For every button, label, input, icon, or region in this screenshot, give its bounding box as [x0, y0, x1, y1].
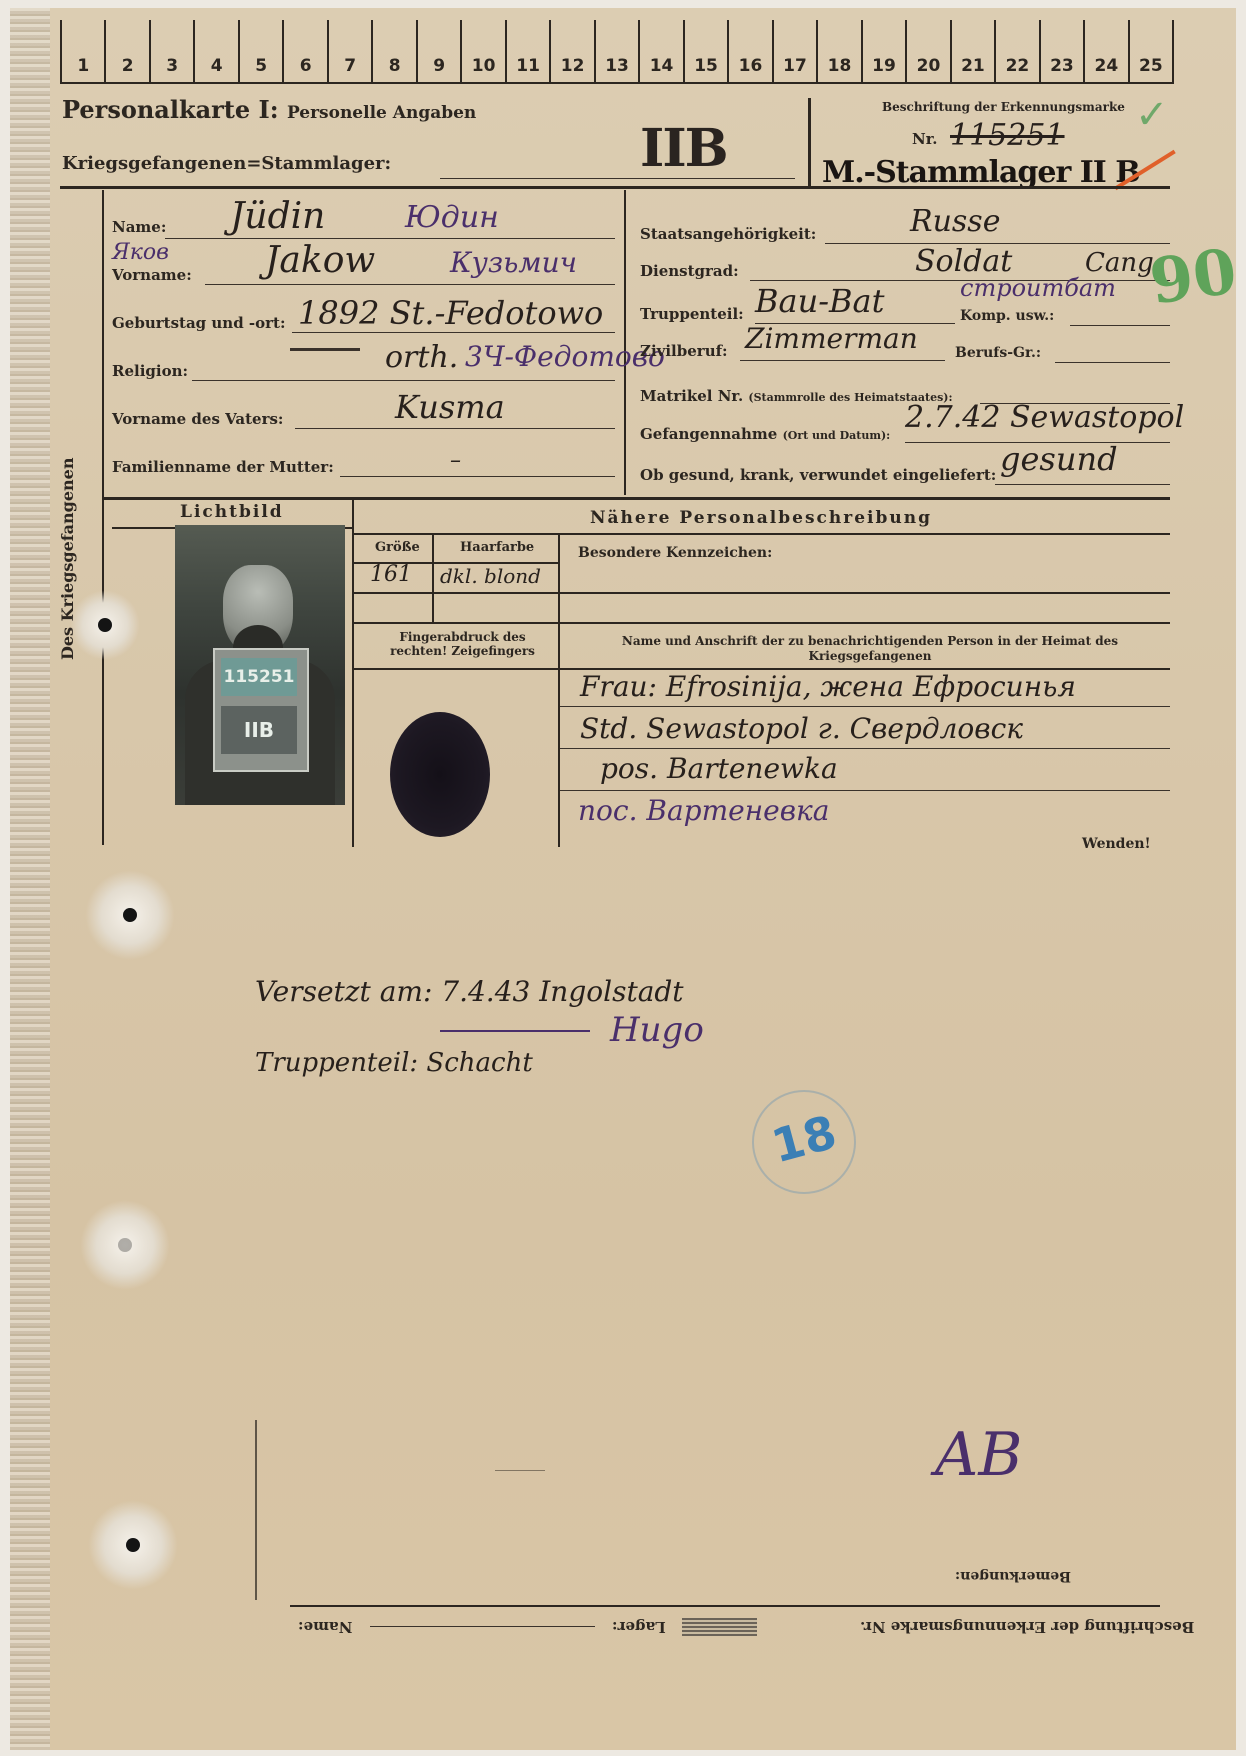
contact-label: Name und Anschrift der zu benachrichtige…: [600, 634, 1140, 664]
religion-value: orth.: [385, 340, 458, 375]
profession-value: Zimmerman: [745, 322, 918, 355]
hair-label: Haarfarbe: [460, 540, 534, 555]
birth-label: Geburtstag und -ort:: [112, 314, 286, 332]
rank-label: Dienstgrad:: [640, 262, 739, 280]
ruler-cell: 19: [863, 20, 907, 82]
ruler-cell: 21: [952, 20, 996, 82]
remarks-label: Bemerkungen:: [955, 1568, 1071, 1584]
name-label: Name:: [112, 218, 166, 236]
mother-name-value: –: [450, 448, 461, 473]
religion-label: Religion:: [112, 362, 188, 380]
bottom-tag-label: Beschriftung der Erkennungsmarke Nr.: [860, 1618, 1194, 1636]
initials: AB: [935, 1420, 1022, 1490]
capture-value: 2.7.42 Sewastopol: [905, 400, 1184, 435]
contact-line-4: пос. Вартеневка: [578, 794, 829, 827]
ruler-cell: 10: [462, 20, 506, 82]
description-title: Nähere Personalbeschreibung: [590, 508, 932, 528]
check-mark-icon: ✓: [1135, 92, 1169, 138]
height-label: Größe: [375, 540, 420, 555]
ruler-cell: 17: [774, 20, 818, 82]
birth-value: 1892 St.-Fedotowo: [298, 294, 603, 332]
mother-name-label: Familienname der Mutter:: [112, 458, 334, 476]
ruler-cell: 2: [106, 20, 150, 82]
firstname-value: Jakow: [265, 240, 375, 281]
pencil-mark: [495, 1470, 545, 1471]
hair-value: dkl. blond: [440, 564, 541, 588]
perforated-edge: [10, 8, 50, 1750]
company-label: Komp. usw.:: [960, 308, 1054, 324]
tag-nr-label: Nr.: [912, 130, 937, 148]
firstname-label: Vorname:: [112, 266, 192, 284]
ruler-cell: 20: [907, 20, 951, 82]
profession-label: Zivilberuf:: [640, 342, 728, 360]
camp-label: Kriegsgefangenen=Stammlager:: [62, 153, 391, 174]
turn-over-label: Wenden!: [1082, 836, 1151, 852]
ruler-cell: 3: [151, 20, 195, 82]
contact-line-1: Frau: Efrosinija, жена Ефросинья: [580, 670, 1076, 703]
ruler-cell: 12: [551, 20, 595, 82]
ruler-cell: 1: [62, 20, 106, 82]
ruler-cell: 11: [507, 20, 551, 82]
firstname-prefix: Яков: [112, 240, 169, 265]
capture-label: Gefangennahme (Ort und Datum):: [640, 425, 890, 443]
photo-label: Lichtbild: [180, 502, 284, 522]
signature-hugo: Hugo: [610, 1010, 704, 1050]
number-stamp: 18: [752, 1090, 856, 1194]
unit-value: Bau-Bat: [755, 282, 884, 320]
bottom-camp-label: Lager:: [612, 1618, 666, 1636]
tag-nr-value: 115251: [950, 118, 1065, 153]
punch-hole: [80, 1200, 170, 1290]
name-value: Jüdin: [230, 196, 325, 237]
punch-hole: [70, 590, 140, 660]
profession-group-label: Berufs-Gr.:: [955, 345, 1041, 361]
father-name-value: Kusma: [395, 388, 505, 426]
green-mark: 90: [1145, 234, 1241, 318]
unit-note: строитбат: [960, 274, 1116, 302]
ruler-cell: 4: [195, 20, 239, 82]
finger-label: Fingerabdruck des rechten! Zeigefingers: [370, 630, 555, 658]
ruler-cell: 6: [284, 20, 328, 82]
ruler-cell: 18: [818, 20, 862, 82]
ruler-cell: 25: [1130, 20, 1174, 82]
ruler-cell: 15: [685, 20, 729, 82]
ruler-cell: 5: [240, 20, 284, 82]
punch-hole: [85, 870, 175, 960]
ruler-cell: 22: [996, 20, 1040, 82]
ruler-cell: 7: [329, 20, 373, 82]
personnel-card: [10, 8, 1236, 1750]
camp-stamp: M.-Stammlager II B: [822, 155, 1140, 190]
number-board: 115251 IIB: [213, 648, 309, 772]
unit-note-line: Truppenteil: Schacht: [255, 1048, 533, 1078]
marks-label: Besondere Kennzeichen:: [578, 545, 772, 561]
contact-line-3: pos. Bartenewka: [600, 752, 838, 785]
religion-note: 3Ч-Федотово: [465, 340, 665, 373]
contact-line-2: Std. Sewastopol г. Свердловск: [580, 712, 1023, 745]
ruler-cell: 23: [1041, 20, 1085, 82]
height-value: 161: [370, 562, 412, 587]
health-value: gesund: [1000, 440, 1118, 478]
card-subtitle: Personelle Angaben: [287, 103, 476, 123]
capture-sublabel: (Ort und Datum):: [783, 429, 891, 442]
ruler-cell: 9: [418, 20, 462, 82]
patronymic-value: Кузьмич: [450, 246, 577, 279]
card-title: Personalkarte I: Personelle Angaben: [62, 95, 476, 124]
ruler-cell: 16: [729, 20, 773, 82]
pencil-mark: [255, 1420, 257, 1600]
ruler-cell: 13: [596, 20, 640, 82]
camp-value: IIB: [640, 118, 727, 179]
father-name-label: Vorname des Vaters:: [112, 410, 283, 428]
tag-number-redacted: [682, 1618, 757, 1636]
fingerprint: [390, 712, 490, 837]
prisoner-photo: 115251 IIB: [175, 525, 345, 805]
nationality-label: Staatsangehörigkeit:: [640, 225, 816, 243]
tag-label: Beschriftung der Erkennungsmarke: [882, 100, 1125, 114]
number-ruler: 1234567891011121314151617181920212223242…: [60, 20, 1174, 84]
unit-label: Truppenteil:: [640, 305, 744, 323]
nationality-value: Russe: [910, 204, 1000, 239]
punch-hole: [88, 1500, 178, 1590]
transfer-note: Versetzt am: 7.4.43 Ingolstadt: [255, 975, 684, 1008]
name-value-cyrillic: Юдин: [405, 200, 499, 235]
ruler-cell: 24: [1085, 20, 1129, 82]
health-label: Ob gesund, krank, verwundet eingeliefert…: [640, 466, 996, 484]
ruler-cell: 8: [373, 20, 417, 82]
bottom-name-label: Name:: [298, 1618, 352, 1636]
ruler-cell: 14: [640, 20, 684, 82]
